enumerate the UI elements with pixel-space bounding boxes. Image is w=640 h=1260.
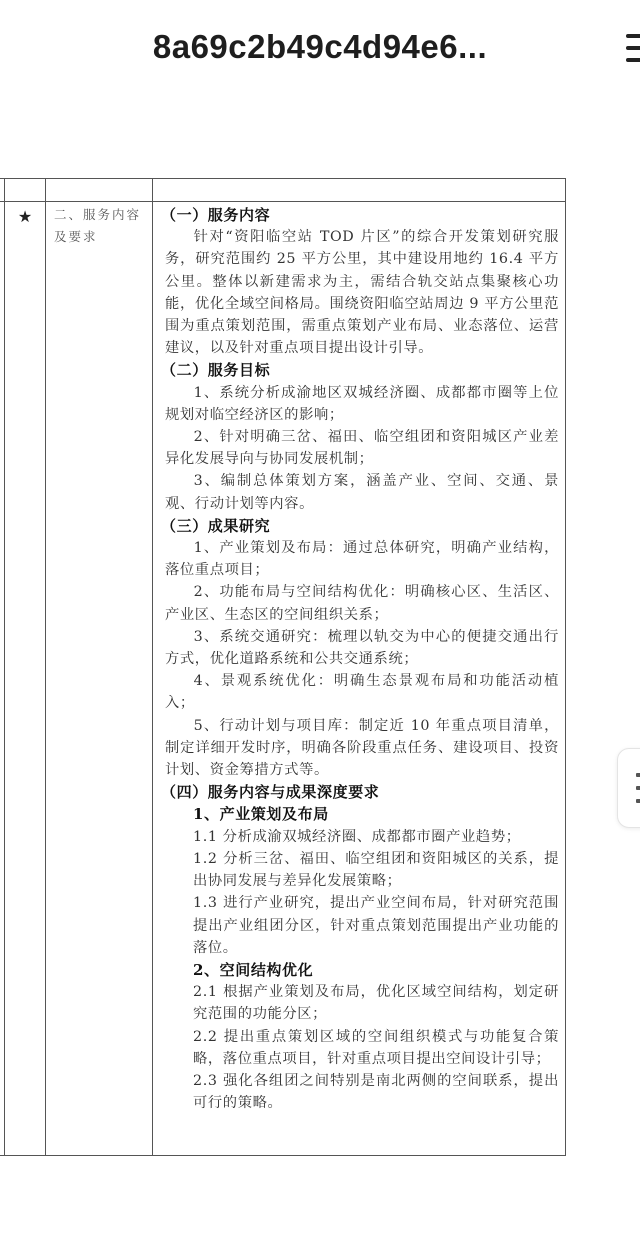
paragraph: 1、系统分析成渝地区双城经济圈、成都都市圈等上位规划对临空经济区的影响； xyxy=(165,382,559,426)
star-icon: ★ xyxy=(5,207,45,226)
paragraph: 2、功能布局与空间结构优化：明确核心区、生活区、产业区、生态区的空间组织关系； xyxy=(165,581,559,625)
paragraph: 3、系统交通研究：梳理以轨交为中心的便捷交通出行方式，优化道路系统和公共交通系统… xyxy=(165,626,559,670)
list-item: 2.2 提出重点策划区域的空间组织模式与功能复合策略，落位重点项目，针对重点项目… xyxy=(165,1026,559,1070)
subsection-heading: 2、空间结构优化 xyxy=(165,959,559,981)
table-cell xyxy=(5,179,46,202)
table-header-row xyxy=(0,179,566,202)
item-label: 二、服务内容及要求 xyxy=(46,202,152,248)
list-item: 1.1 分析成渝双城经济圈、成都都市圈产业趋势； xyxy=(165,826,559,848)
document-page: ★ 二、服务内容及要求 （一）服务内容 针对“资阳临空站 TOD 片区”的综合开… xyxy=(0,178,566,1156)
section-heading: （三）成果研究 xyxy=(161,515,559,537)
table-row: ★ 二、服务内容及要求 （一）服务内容 针对“资阳临空站 TOD 片区”的综合开… xyxy=(0,202,566,1156)
requirements-table: ★ 二、服务内容及要求 （一）服务内容 针对“资阳临空站 TOD 片区”的综合开… xyxy=(0,178,566,1156)
paragraph: 4、景观系统优化：明确生态景观布局和功能活动植入； xyxy=(165,670,559,714)
paragraph: 1、产业策划及布局：通过总体研究，明确产业结构，落位重点项目； xyxy=(165,537,559,581)
section-heading: （二）服务目标 xyxy=(161,359,559,381)
marker-cell: ★ xyxy=(5,202,46,1156)
list-menu-icon xyxy=(636,786,640,790)
paragraph: 5、行动计划与项目库：制定近 10 年重点项目清单，制定详细开发时序，明确各阶段… xyxy=(165,715,559,782)
floating-menu-button[interactable] xyxy=(617,748,640,828)
content-cell: （一）服务内容 针对“资阳临空站 TOD 片区”的综合开发策划研究服务，研究范围… xyxy=(153,202,566,1156)
table-cell xyxy=(46,179,153,202)
paragraph: 针对“资阳临空站 TOD 片区”的综合开发策划研究服务，研究范围约 25 平方公… xyxy=(165,226,559,359)
paragraph: 2、针对明确三岔、福田、临空组团和资阳城区产业差异化发展导向与协同发展机制； xyxy=(165,426,559,470)
section-heading: （一）服务内容 xyxy=(161,204,559,226)
document-title: 8a69c2b49c4d94e6... xyxy=(0,28,640,66)
table-cell xyxy=(153,179,566,202)
subsection-heading: 1、产业策划及布局 xyxy=(165,803,559,825)
content-body: （一）服务内容 针对“资阳临空站 TOD 片区”的综合开发策划研究服务，研究范围… xyxy=(153,202,565,1114)
section-heading: （四）服务内容与成果深度要求 xyxy=(161,781,559,803)
list-menu-icon xyxy=(636,799,640,803)
list-item: 2.3 强化各组团之间特别是南北两侧的空间联系，提出可行的策略。 xyxy=(165,1070,559,1114)
list-menu-icon xyxy=(636,773,640,777)
app-header: 8a69c2b49c4d94e6... xyxy=(0,0,640,110)
paragraph: 3、编制总体策划方案，涵盖产业、空间、交通、景观、行动计划等内容。 xyxy=(165,470,559,514)
list-item: 2.1 根据产业策划及布局，优化区域空间结构，划定研究范围的功能分区； xyxy=(165,981,559,1025)
list-item: 1.2 分析三岔、福田、临空组团和资阳城区的关系，提出协同发展与差异化发展策略； xyxy=(165,848,559,892)
hamburger-menu-icon[interactable] xyxy=(626,34,640,64)
item-label-cell: 二、服务内容及要求 xyxy=(46,202,153,1156)
list-item: 1.3 进行产业研究，提出产业空间布局，针对研究范围提出产业组团分区，针对重点策… xyxy=(165,892,559,959)
